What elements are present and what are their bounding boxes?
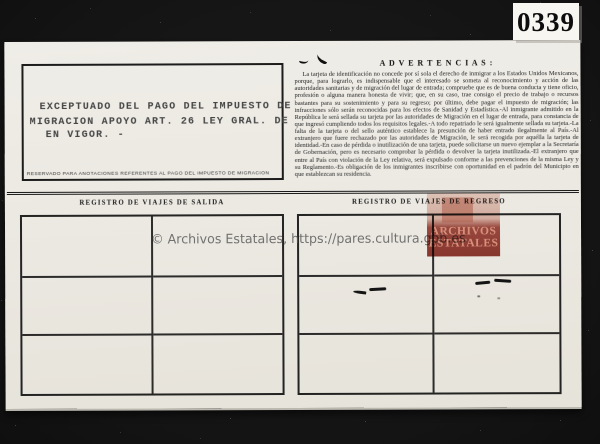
pares-copyright-watermark: © Archivos Estatales, https://pares.cult…: [151, 231, 466, 247]
advertencias-body: La tarjeta de identificación no concede …: [294, 70, 578, 178]
table-cell: [22, 336, 153, 394]
stamp-text-line-2: MIGRACION APOYO ART. 26 LEY GRAL. DE: [30, 116, 289, 128]
advertencias-title: A D V E R T E N C I A S :: [294, 58, 578, 68]
archive-page-number: 0339: [513, 3, 579, 40]
table-cell: [299, 277, 434, 336]
archivos-estatales-stamp: ARCHIVOS ESTATALES: [427, 193, 500, 256]
stamp-text-line-3: EN VIGOR. -: [46, 129, 125, 141]
ink-dot: [497, 297, 500, 299]
exemption-box-caption: RESERVADO PARA ANOTACIONES REFERENTES AL…: [27, 171, 270, 177]
exemption-stamp-box: EXCEPTUADO DEL PAGO DEL IMPUESTO DE MIGR…: [21, 63, 283, 181]
table-cell: [154, 336, 283, 394]
stamp-text-line-1: EXCEPTUADO DEL PAGO DEL IMPUESTO DE: [40, 101, 292, 113]
ink-dot: [477, 295, 480, 297]
film-noise-specks: [0, 0, 1, 1]
salida-table-title: REGISTRO DE VIAJES DE SALIDA: [20, 199, 284, 207]
archive-stamp-text-line: ARCHIVOS: [427, 225, 500, 237]
migration-card-document: EXCEPTUADO DEL PAGO DEL IMPUESTO DE MIGR…: [4, 40, 581, 409]
table-cell: [153, 277, 282, 336]
archive-stamp-text-line: ESTATALES: [427, 237, 500, 249]
table-cell: [22, 278, 153, 337]
table-cell: [435, 335, 560, 393]
advertencias-section: A D V E R T E N C I A S : La tarjeta de …: [294, 58, 578, 178]
archive-stamp-emblem-icon: [442, 197, 473, 222]
table-cell: [434, 276, 559, 335]
table-cell: [299, 335, 434, 393]
table-cell: [22, 216, 154, 278]
